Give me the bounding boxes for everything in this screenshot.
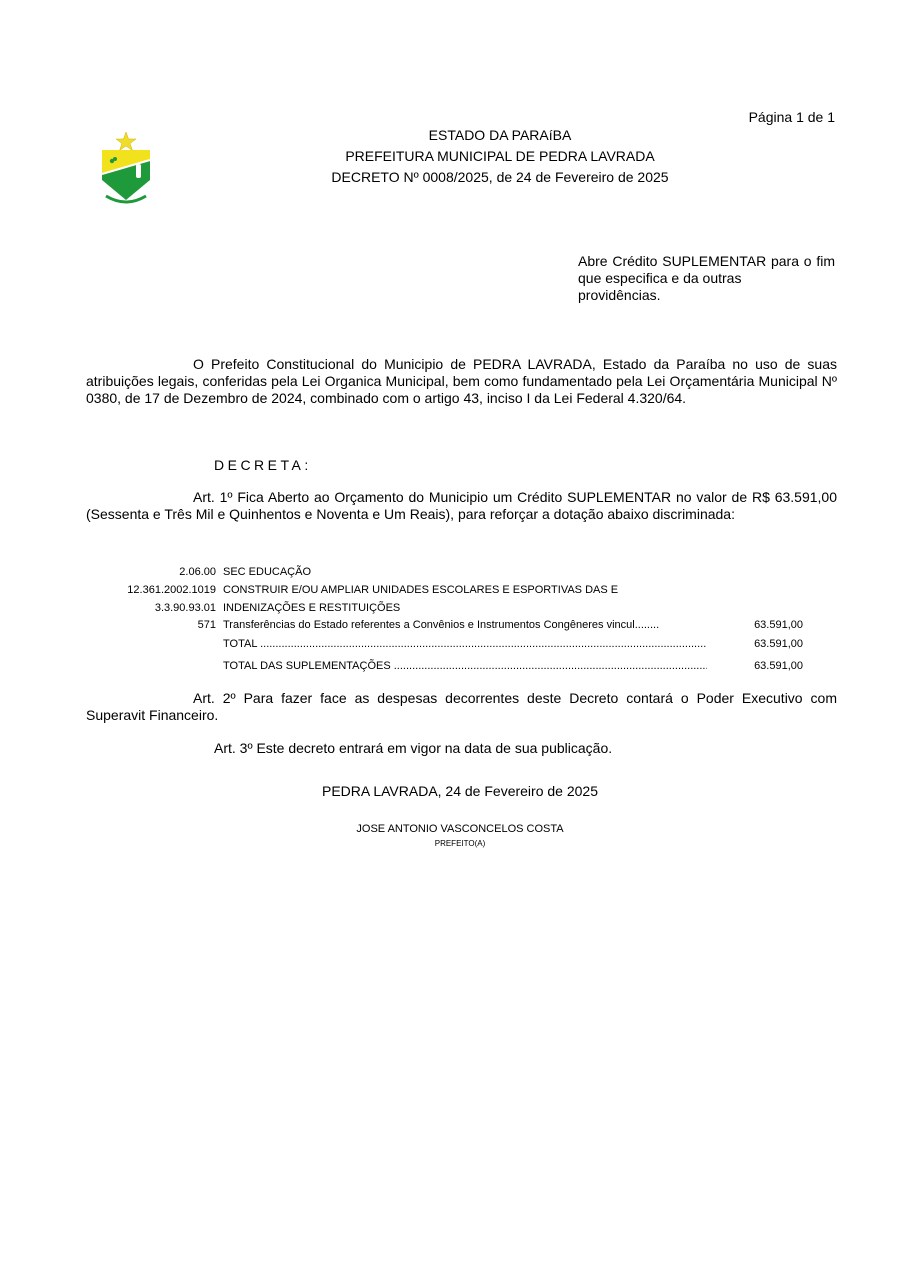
decree-title: DECRETO Nº 0008/2025, de 24 de Fevereiro… — [250, 167, 750, 188]
signer-role: PREFEITO(A) — [250, 839, 670, 848]
article-1: Art. 1º Fica Aberto ao Orçamento do Muni… — [86, 489, 837, 523]
grand-total-label: TOTAL DAS SUPLEMENTAÇÕES ...............… — [223, 658, 707, 674]
budget-value: 63.591,00 — [754, 617, 803, 633]
table-grand-total-row: TOTAL DAS SUPLEMENTAÇÕES ...............… — [86, 658, 816, 674]
budget-description: CONSTRUIR E/OU AMPLIAR UNIDADES ESCOLARE… — [223, 582, 618, 598]
table-row: 12.361.2002.1019 CONSTRUIR E/OU AMPLIAR … — [86, 582, 816, 598]
article-3: Art. 3º Este decreto entrará em vigor na… — [214, 740, 612, 756]
table-row: 2.06.00 SEC EDUCAÇÃO — [86, 564, 816, 580]
article-2: Art. 2º Para fazer face as despesas deco… — [86, 690, 837, 724]
ementa: Abre Crédito SUPLEMENTAR para o fim que … — [578, 253, 835, 304]
table-row: 571 Transferências do Estado referentes … — [86, 617, 816, 633]
page-number: Página 1 de 1 — [749, 109, 835, 125]
budget-description: SEC EDUCAÇÃO — [223, 564, 311, 580]
coat-of-arms-icon — [98, 130, 154, 208]
place-date: PEDRA LAVRADA, 24 de Fevereiro de 2025 — [250, 783, 670, 799]
budget-code: 12.361.2002.1019 — [127, 582, 216, 598]
budget-description: INDENIZAÇÕES E RESTITUIÇÕES — [223, 600, 400, 616]
budget-description: Transferências do Estado referentes a Co… — [223, 617, 659, 633]
municipality-name: PREFEITURA MUNICIPAL DE PEDRA LAVRADA — [250, 146, 750, 167]
table-row: 3.3.90.93.01 INDENIZAÇÕES E RESTITUIÇÕES — [86, 600, 816, 616]
total-label: TOTAL ..................................… — [223, 636, 707, 652]
decreta-heading: DECRETA: — [214, 457, 312, 473]
ementa-text-end: providências. — [578, 287, 835, 304]
grand-total-value: 63.591,00 — [754, 658, 803, 674]
ementa-text: Abre Crédito SUPLEMENTAR para o fim que … — [578, 253, 835, 286]
state-name: ESTADO DA PARAíBA — [250, 125, 750, 146]
budget-code: 2.06.00 — [179, 564, 216, 580]
signer-name: JOSE ANTONIO VASCONCELOS COSTA — [250, 823, 670, 835]
budget-code: 3.3.90.93.01 — [155, 600, 216, 616]
budget-code: 571 — [198, 617, 216, 633]
table-total-row: TOTAL ..................................… — [86, 636, 816, 652]
document-header: ESTADO DA PARAíBA PREFEITURA MUNICIPAL D… — [250, 125, 750, 188]
preamble-paragraph: O Prefeito Constitucional do Municipio d… — [86, 356, 837, 407]
total-value: 63.591,00 — [754, 636, 803, 652]
